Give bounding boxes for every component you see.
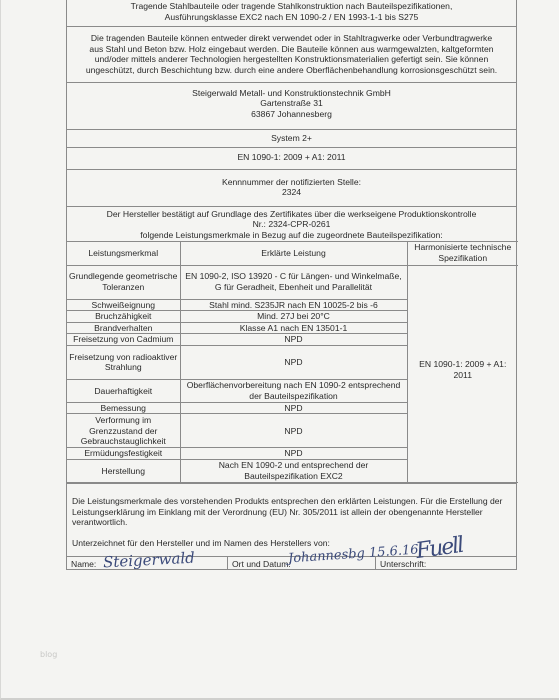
table-row: Grundlegende geometrische Toleranzen EN … <box>67 265 518 299</box>
title-line: Ausführungsklasse EXC2 nach EN 1090-2 / … <box>71 12 512 23</box>
leistung-cell: Klasse A1 nach EN 13501-1 <box>180 322 407 334</box>
product-description: Die tragenden Bauteile können entweder d… <box>67 27 516 82</box>
leistung-cell: Nach EN 1090-2 und entsprechend der Baut… <box>180 460 407 483</box>
confirmation-line: Der Hersteller bestätigt auf Grundlage d… <box>71 209 512 220</box>
system-value: System 2+ <box>71 133 512 144</box>
manufacturer-city: 63867 Johannesberg <box>71 109 512 120</box>
system-block: System 2+ <box>67 130 516 148</box>
description-line: ungeschützt, durch Beschichtung bzw. dur… <box>73 65 510 76</box>
leistung-cell: NPD <box>180 334 407 346</box>
final-statement: Die Leistungsmerkmale des vorstehenden P… <box>72 496 511 528</box>
header-erklaerte-leistung: Erklärte Leistung <box>180 241 407 265</box>
date-label: Ort und Datum: <box>232 559 291 569</box>
leistung-cell: NPD <box>180 414 407 448</box>
merkmal-cell: Freisetzung von Cadmium <box>67 334 180 346</box>
title-line: Tragende Stahlbauteile oder tragende Sta… <box>71 1 512 12</box>
signature-row: Name: Steigerwald Ort und Datum: Johanne… <box>67 556 516 570</box>
notified-body-number: 2324 <box>71 187 512 198</box>
merkmal-cell: Brandverhalten <box>67 322 180 334</box>
signature-label: Unterschrift: <box>380 559 426 569</box>
watermark-text: blog <box>40 650 57 659</box>
merkmal-cell: Herstellung <box>67 460 180 483</box>
description-line: aus Stahl und Beton bzw. Holz eingebaut … <box>73 44 510 55</box>
merkmal-cell: Bruchzähigkeit <box>67 311 180 323</box>
leistung-cell: Stahl mind. S235JR nach EN 10025-2 bis -… <box>180 299 407 311</box>
confirmation-block: Der Hersteller bestätigt auf Grundlage d… <box>67 207 516 241</box>
manufacturer-address: Steigerwald Metall- und Konstruktionstec… <box>67 83 516 131</box>
merkmal-cell: Dauerhaftigkeit <box>67 379 180 402</box>
spec-cell: EN 1090-1: 2009 + A1: 2011 <box>407 265 518 483</box>
declaration-of-performance: Tragende Stahlbauteile oder tragende Sta… <box>66 0 517 570</box>
standard-value: EN 1090-1: 2009 + A1: 2011 <box>71 152 512 163</box>
notified-body-label: Kennnummer der notifizierten Stelle: <box>71 177 512 188</box>
manufacturer-name: Steigerwald Metall- und Konstruktionstec… <box>71 88 512 99</box>
signature-field: Unterschrift: Fuell <box>375 557 516 569</box>
name-field: Name: Steigerwald <box>67 557 227 569</box>
performance-table: Leistungsmerkmal Erklärte Leistung Harmo… <box>67 241 518 484</box>
leistung-cell: Oberflächenvorbereitung nach EN 1090-2 e… <box>180 379 407 402</box>
leistung-cell: NPD <box>180 402 407 414</box>
merkmal-cell: Grundlegende geometrische Toleranzen <box>67 265 180 299</box>
leistung-cell: NPD <box>180 448 407 460</box>
merkmal-cell: Bemessung <box>67 402 180 414</box>
leistung-cell: EN 1090-2, ISO 13920 - C für Längen- und… <box>180 265 407 299</box>
notified-body-block: Kennnummer der notifizierten Stelle: 232… <box>67 170 516 207</box>
product-title: Tragende Stahlbauteile oder tragende Sta… <box>67 0 516 27</box>
final-statement-block: Die Leistungsmerkmale des vorstehenden P… <box>67 483 516 556</box>
signed-by-text: Unterzeichnet für den Hersteller und im … <box>72 538 511 549</box>
description-line: und/oder mittels anderer Technologien he… <box>73 54 510 65</box>
merkmal-cell: Verformung im Grenzzustand der Gebrauchs… <box>67 414 180 448</box>
confirmation-line: folgende Leistungsmerkmale in Bezug auf … <box>71 230 512 241</box>
table-header-row: Leistungsmerkmal Erklärte Leistung Harmo… <box>67 241 518 265</box>
manufacturer-street: Gartenstraße 31 <box>71 98 512 109</box>
standard-block: EN 1090-1: 2009 + A1: 2011 <box>67 148 516 170</box>
header-harmonisierte-spezifikation: Harmonisierte technische Spezifikation <box>407 241 518 265</box>
date-field: Ort und Datum: Johannesbg 15.6.16 <box>227 557 375 569</box>
header-leistungsmerkmal: Leistungsmerkmal <box>67 241 180 265</box>
name-label: Name: <box>71 559 96 569</box>
merkmal-cell: Schweißeignung <box>67 299 180 311</box>
certificate-number: Nr.: 2324-CPR-0261 <box>71 219 512 230</box>
leistung-cell: Mind. 27J bei 20°C <box>180 311 407 323</box>
leistung-cell: NPD <box>180 345 407 379</box>
merkmal-cell: Ermüdungsfestigkeit <box>67 448 180 460</box>
description-line: Die tragenden Bauteile können entweder d… <box>73 33 510 44</box>
merkmal-cell: Freisetzung von radioaktiver Strahlung <box>67 345 180 379</box>
